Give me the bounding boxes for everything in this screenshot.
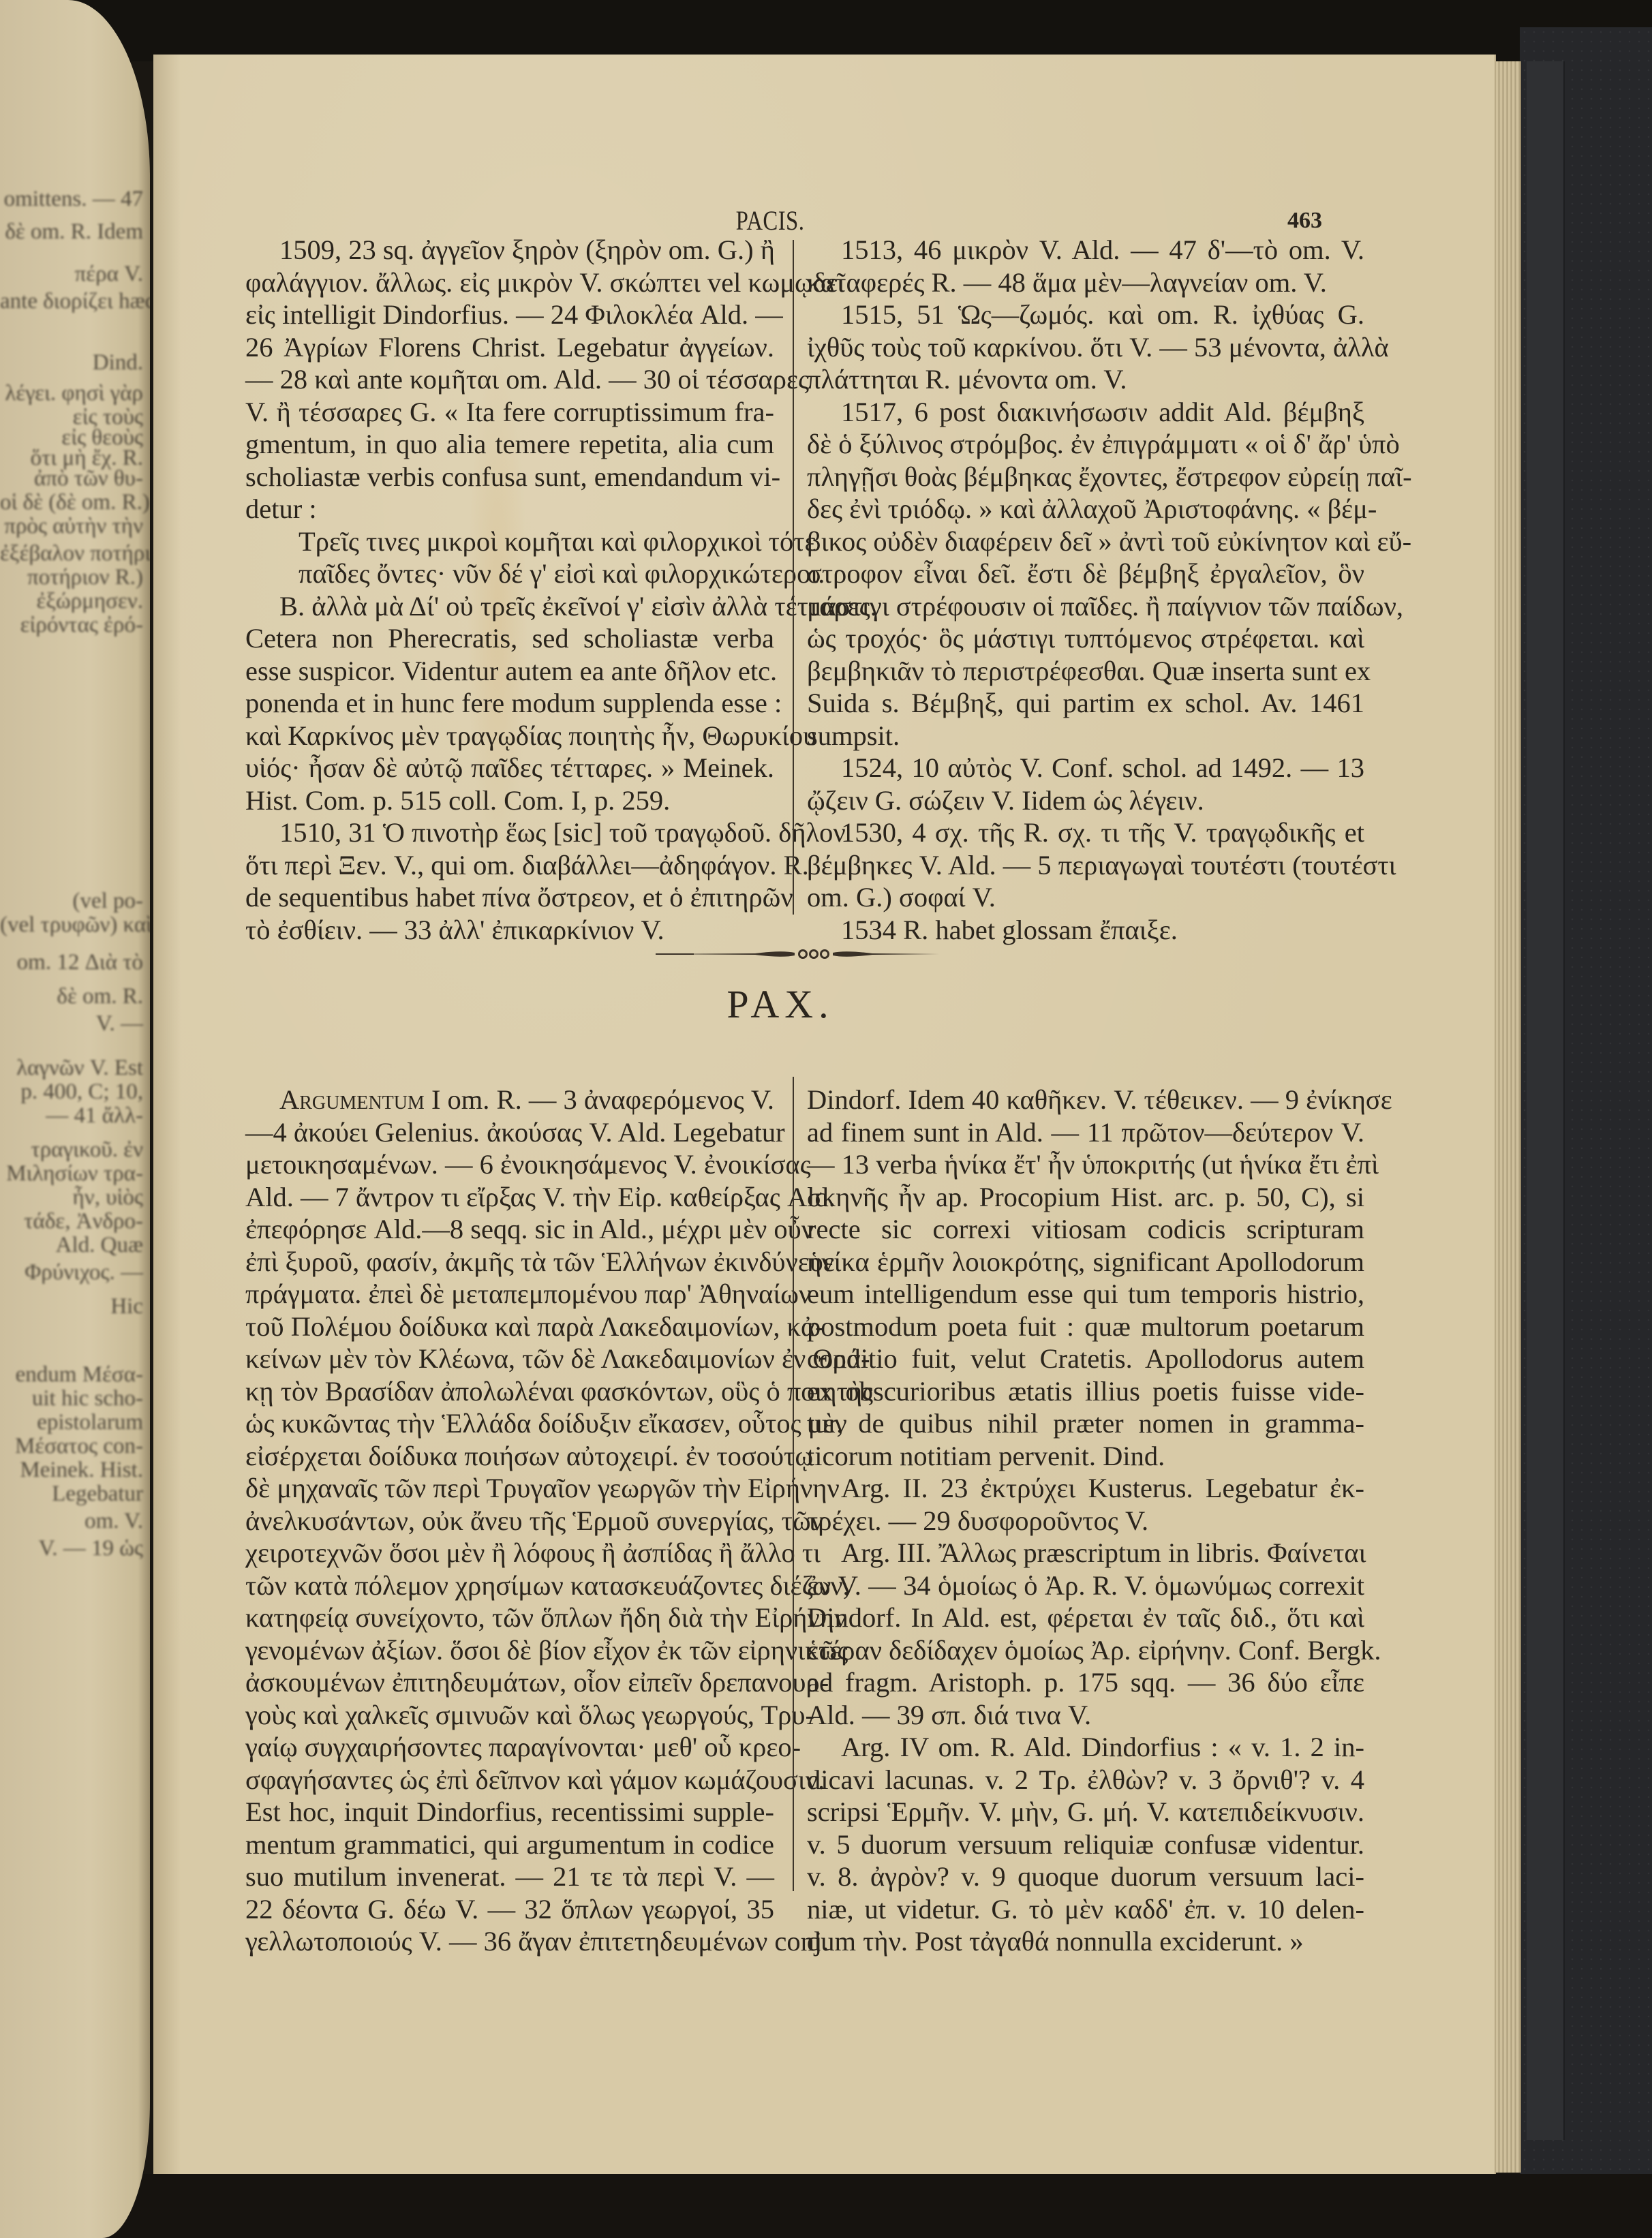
text-line: ex obscurioribus ætatis illius poetis fu…: [807, 1375, 1364, 1408]
text-line: Arg. IV om. R. Ald. Dindorfius : « v. 1.…: [807, 1731, 1364, 1764]
text-line: Arg. III. Ἄλλως præscriptum in libris. Φ…: [807, 1537, 1364, 1569]
text-line: τοῦ Πολέμου δοίδυκα καὶ παρὰ Λακεδαιμονί…: [245, 1310, 774, 1343]
text-line: gmentum, in quo alia temere repetita, al…: [245, 428, 774, 461]
text-line: ὡς κυκῶντας τὴν Ἑλλάδα δοίδυξιν εἴκασεν,…: [245, 1407, 774, 1440]
text-line: mentum grammatici, qui argumentum in cod…: [245, 1828, 774, 1861]
text-line: ἐπὶ ξυροῦ, φασίν, ἀκμῆς τὰ τῶν Ἑλλήνων ἐ…: [245, 1246, 774, 1278]
left-page-text-fragment: Legebatur: [0, 1479, 143, 1509]
left-page-text-fragment: εἰρόντας ἐρό-: [0, 610, 143, 641]
text-line: ἰχθῦς τοὺς τοῦ καρκίνου. ὅτι V. — 53 μέν…: [807, 331, 1364, 364]
text-line: ὡς τροχός· ὃς μάστιγι τυπτόμενος στρέφετ…: [807, 622, 1364, 655]
text-line: — 13 verba ἡνίκα ἔτ' ἦν ὑποκριτής (ut ἡν…: [807, 1148, 1364, 1181]
text-line: 1524, 10 αὐτὸς V. Conf. schol. ad 1492. …: [807, 752, 1364, 784]
book-spread: omittens. — 47δὲ om. R. Idemπέρα V.ante …: [0, 0, 1652, 2238]
text-line: de sequentibus habet πίνα ὄστρεον, et ὁ …: [245, 881, 774, 914]
text-line: ἀνελκυσάντων, οὐκ ἄνευ τῆς Ἑρμοῦ συνεργί…: [245, 1505, 774, 1537]
text-line: 1513, 46 μικρὸν V. Ald. — 47 δ'—τὸ om. V…: [807, 234, 1364, 266]
left-page-text-fragment: omittens. — 47: [0, 184, 143, 215]
text-line: niæ, ut videtur. G. τὸ μὲν καδδ' ἐπ. v. …: [807, 1893, 1364, 1926]
left-page-text-fragment: Ald. Quæ: [0, 1230, 143, 1261]
text-line: πληγῇσι θοὰς βέμβηκας ἔχοντες, ἔστρεφον …: [807, 461, 1364, 493]
left-page-curl: omittens. — 47δὲ om. R. Idemπέρα V.ante …: [0, 0, 150, 2238]
text-line: δὲ ὁ ξύλινος στρόμβος. ἐν ἐπιγράμματι « …: [807, 428, 1364, 461]
text-line: —4 ἀκούει Gelenius. ἀκούσας V. Ald. Lege…: [245, 1116, 774, 1149]
left-page-text-fragment: V. — 19 ὡς: [0, 1533, 143, 1564]
text-line: γελλωτοποιούς V. — 36 ἄγαν ἐπιτετηδευμέν…: [245, 1925, 774, 1958]
text-line: ὅτι περὶ Ξεν. V., qui om. διαβάλλει—ἀδηφ…: [245, 849, 774, 882]
text-line: Suida s. Βέμβηξ, qui partim ex schol. Av…: [807, 687, 1364, 720]
text-line: sumpsit.: [807, 720, 1364, 752]
left-page-text-fragment: Dind.: [0, 348, 143, 378]
small-caps-label: Argumentum: [279, 1084, 425, 1115]
text-line: κείνων μὲν τὸν Κλέωνα, τῶν δὲ Λακεδαιμον…: [245, 1343, 774, 1375]
text-line: πλάττηται R. μένοντα om. V.: [807, 363, 1364, 396]
text-line: κῃ τὸν Βρασίδαν ἀπολωλέναι φασκόντων, οὓ…: [245, 1375, 774, 1408]
text-line: ponenda et in hunc fere modum supplenda …: [245, 687, 774, 720]
text-line: παῖδες ὄντες· νῦν δέ γ' εἰσὶ καὶ φιλορχι…: [245, 557, 774, 590]
text-line: μάστιγι στρέφουσιν οἱ παῖδες. ἢ παίγνιον…: [807, 590, 1364, 623]
left-page-text-fragment: om. V.: [0, 1506, 143, 1537]
text-line: γαίῳ συγχαιρήσοντες παραγίνονται· μεθ' ο…: [245, 1731, 774, 1764]
text-line: ἀσκουμένων ἐπιτηδευμάτων, οἷον εἰπεῖν δρ…: [245, 1666, 774, 1699]
text-line: ἡνίκα ἑρμῆν λοιοκρότης, significant Apol…: [807, 1246, 1364, 1278]
text-line: ἐν V. — 34 ὁμοίως ὁ Ἀρ. R. V. ὁμωνύμως c…: [807, 1569, 1364, 1602]
text-line: χειροτεχνῶν ὅσοι μὲν ἢ λόφους ἢ ἀσπίδας …: [245, 1537, 774, 1569]
text-line: εἰσέρχεται δοίδυκα ποιήσων αὐτοχειρί. ἐν…: [245, 1440, 774, 1473]
text-line: μετοικησαμένων. — 6 ἐνοικησάμενος V. ἐνο…: [245, 1148, 774, 1181]
text-line: δὲ μηχαναῖς τῶν περὶ Τρυγαῖον γεωργῶν τὴ…: [245, 1472, 774, 1505]
text-line: φαλάγγιον. ἄλλως. εἰς μικρὸν V. σκώπτει …: [245, 266, 774, 299]
upper-column-divider: [793, 240, 794, 915]
text-line: postmodum poeta fuit : quæ multorum poet…: [807, 1310, 1364, 1343]
text-line: Arg. II. 23 ἐκτρύχει Kusterus. Legebatur…: [807, 1472, 1364, 1505]
text-line: 26 Ἀγρίων Florens Christ. Legebatur ἀγγε…: [245, 331, 774, 364]
text-line: esse suspicor. Videntur autem ea ante δῆ…: [245, 655, 774, 688]
lower-left-column: Argumentum I om. R. — 3 ἀναφερόμενος V.—…: [245, 1084, 774, 1958]
text-line: ad finem sunt in Ald. — 11 πρῶτον—δεύτερ…: [807, 1116, 1364, 1149]
text-line: υἱός· ἦσαν δὲ αὐτῷ παῖδες τέτταρες. » Me…: [245, 752, 774, 784]
text-line: Argumentum I om. R. — 3 ἀναφερόμενος V.: [245, 1084, 774, 1116]
text-line: Ald. — 7 ἄντρον τι εἴρξας V. τὴν Εἰρ. κα…: [245, 1181, 774, 1214]
text-line: τὸ ἐσθίειν. — 33 ἀλλ' ἐπικαρκίνιον V.: [245, 914, 774, 947]
text-line: καὶ Καρκίνος μὲν τραγῳδίας ποιητὴς ἦν, Θ…: [245, 720, 774, 752]
text-line: σκηνῆς ἦν ap. Procopium Hist. arc. p. 50…: [807, 1181, 1364, 1214]
text-line: Dindorf. Idem 40 καθῆκεν. V. τέθεικεν. —…: [807, 1084, 1364, 1116]
text-line: κατηφείᾳ συνείχοντο, τῶν ὅπλων ἤδη διὰ τ…: [245, 1601, 774, 1634]
background-bottom: [0, 2174, 1652, 2238]
text-line: dicavi lacunas. v. 2 Τρ. ἐλθὼν? v. 3 ὄρν…: [807, 1764, 1364, 1796]
text-line: v. 5 duorum versuum reliquiæ confusæ vid…: [807, 1828, 1364, 1861]
text-line: recte sic correxi vitiosam codicis scrip…: [807, 1213, 1364, 1246]
text-line: δες ἐνὶ τριόδῳ. » καὶ ἀλλαχοῦ Ἀριστοφάνη…: [807, 493, 1364, 525]
text-line: καταφερές R. — 48 ἅμα μὲν—λαγνείαν om. V…: [807, 266, 1364, 299]
section-title: PAX.: [712, 981, 848, 1027]
text-line: eum intelligendum esse qui tum temporis …: [807, 1278, 1364, 1310]
text-line: ἐπεφόρησε Ald.—8 seqq. sic in Ald., μέχρ…: [245, 1213, 774, 1246]
text-line: Τρεῖς τινες μικροὶ κομῆται καὶ φιλορχικο…: [245, 525, 774, 558]
text-line: V. ἢ τέσσαρες G. « Ita fere corruptissim…: [245, 396, 774, 429]
text-line: v. 8. ἀγρὸν? v. 9 quoque duorum versuum …: [807, 1860, 1364, 1893]
text-line: detur :: [245, 493, 774, 525]
left-page-text-fragment: om. 12 Διὰ τὸ: [0, 947, 143, 978]
text-line: ad fragm. Aristoph. p. 175 sqq. — 36 δύο…: [807, 1666, 1364, 1699]
text-line: Dindorf. In Ald. est, φέρεται ἐν ταῖς δι…: [807, 1601, 1364, 1634]
text-line: tur, de quibus nihil præter nomen in gra…: [807, 1407, 1364, 1440]
text-line: βέμβηκες V. Ald. — 5 περιαγωγαὶ τουτέστι…: [807, 849, 1364, 882]
page-edges: [1496, 61, 1521, 2173]
left-page-text-fragment: — 41 ἄλλ-: [0, 1101, 143, 1131]
left-page-text-fragment: Φρύνιχος. —: [0, 1257, 143, 1288]
text-line: B. ἀλλὰ μὰ Δί' οὐ τρεῖς ἐκεῖνοί γ' εἰσὶν…: [245, 590, 774, 623]
left-page-text-fragment: πέρα V.: [0, 259, 143, 290]
left-page-text-fragment: δὲ om. R.: [0, 981, 143, 1012]
text-line: 1510, 31 Ὁ πινοτὴρ ἕως [sic] τοῦ τραγῳδο…: [245, 816, 774, 849]
text-line: 1515, 51 Ὡς—ζωμός. καὶ om. R. ἰχθύας G.: [807, 298, 1364, 331]
text-line: ᾤζειν G. σώζειν V. Iidem ὡς λέγειν.: [807, 784, 1364, 817]
background-top: [0, 0, 1652, 61]
text-line: Cetera non Pherecratis, sed scholiastæ v…: [245, 622, 774, 655]
ornament-divider-icon: [653, 946, 942, 962]
text-line: 1517, 6 post διακινήσωσιν addit Ald. βέμ…: [807, 396, 1364, 429]
text-line: γοὺς καὶ χαλκεῖς σμινυῶν καὶ ὅλως γεωργο…: [245, 1699, 774, 1732]
text-line: 1530, 4 σχ. τῆς R. σχ. τι τῆς V. τραγῳδι…: [807, 816, 1364, 849]
text-line: scripsi Ἑρμῆν. V. μὴν, G. μή. V. κατεπιδ…: [807, 1796, 1364, 1828]
book-cover-edge: [1527, 61, 1565, 2140]
text-line: 22 δέοντα G. δέω V. — 32 ὅπλων γεωργοί, …: [245, 1893, 774, 1926]
text-line: τρέχει. — 29 δυσφοροῦντος V.: [807, 1505, 1364, 1537]
text-line: βεμβηκιᾶν τὸ περιστρέφεσθαι. Quæ inserta…: [807, 655, 1364, 688]
text-line: 1509, 23 sq. ἀγγεῖον ξηρὸν (ξηρὸν om. G.…: [245, 234, 774, 266]
upper-left-column: 1509, 23 sq. ἀγγεῖον ξηρὸν (ξηρὸν om. G.…: [245, 234, 774, 946]
text-line: ticorum notitiam pervenit. Dind.: [807, 1440, 1364, 1473]
left-page-text-fragment: (vel τρυφῶν) καὶ: [0, 910, 143, 940]
lower-column-divider: [793, 1077, 794, 1891]
text-line: Ald. — 39 σπ. διά τινα V.: [807, 1699, 1364, 1732]
text-line: πράγματα. ἐπεὶ δὲ μεταπεμπομένου παρ' Ἀθ…: [245, 1278, 774, 1310]
left-page-text-fragment: ante διορίζει hæc: [0, 286, 143, 317]
text-line: — 28 καὶ ante κομῆται om. Ald. — 30 οἱ τ…: [245, 363, 774, 396]
lower-right-column: Dindorf. Idem 40 καθῆκεν. V. τέθεικεν. —…: [807, 1084, 1364, 1958]
text-line: dum τὴν. Post τἀγαθά nonnulla exciderunt…: [807, 1925, 1364, 1958]
text-line: τῶν κατὰ πόλεμον χρησίμων κατασκευάζοντε…: [245, 1569, 774, 1602]
left-page-text-fragment: πρὸς αὐτὴν τὴν: [0, 511, 143, 542]
text-line: γενομένων ἀξίων. ὅσοι δὲ βίον εἶχον ἐκ τ…: [245, 1634, 774, 1667]
text-line: om. G.) σοφαί V.: [807, 881, 1364, 914]
text-line: στροφον εἶναι δεῖ. ἔστι δὲ βέμβηξ ἐργαλε…: [807, 557, 1364, 590]
text-line: σφαγήσαντες ὡς ἐπὶ δεῖπνον καὶ γάμον κωμ…: [245, 1764, 774, 1796]
text-line: Est hoc, inquit Dindorfius, recentissimi…: [245, 1796, 774, 1828]
text-line: βικος οὐδὲν διαφέρειν δεῖ » ἀντὶ τοῦ εὐκ…: [807, 525, 1364, 558]
page-number: 463: [1281, 208, 1322, 234]
text-line: εἰς intelligit Dindorfius. — 24 Φιλοκλέα…: [245, 298, 774, 331]
left-page-text-fragment: Hic: [0, 1291, 143, 1322]
running-head: PACIS.: [731, 204, 810, 236]
left-page-text-fragment: δὲ om. R. Idem: [0, 217, 143, 247]
text-line: ἑτέραν δεδίδαχεν ὁμοίως Ἀρ. εἰρήνην. Con…: [807, 1634, 1364, 1667]
text-line: 1534 R. habet glossam ἔπαιξε.: [807, 914, 1364, 947]
upper-right-column: 1513, 46 μικρὸν V. Ald. — 47 δ'—τὸ om. V…: [807, 234, 1364, 946]
text-line: suo mutilum invenerat. — 21 τε τὰ περὶ V…: [245, 1860, 774, 1893]
left-page-text-fragment: V. —: [0, 1009, 143, 1039]
text-line: Hist. Com. p. 515 coll. Com. I, p. 259.: [245, 784, 774, 817]
text-line: scholiastæ verbis confusa sunt, emendand…: [245, 461, 774, 493]
text-line: conditio fuit, velut Cratetis. Apollodor…: [807, 1343, 1364, 1375]
